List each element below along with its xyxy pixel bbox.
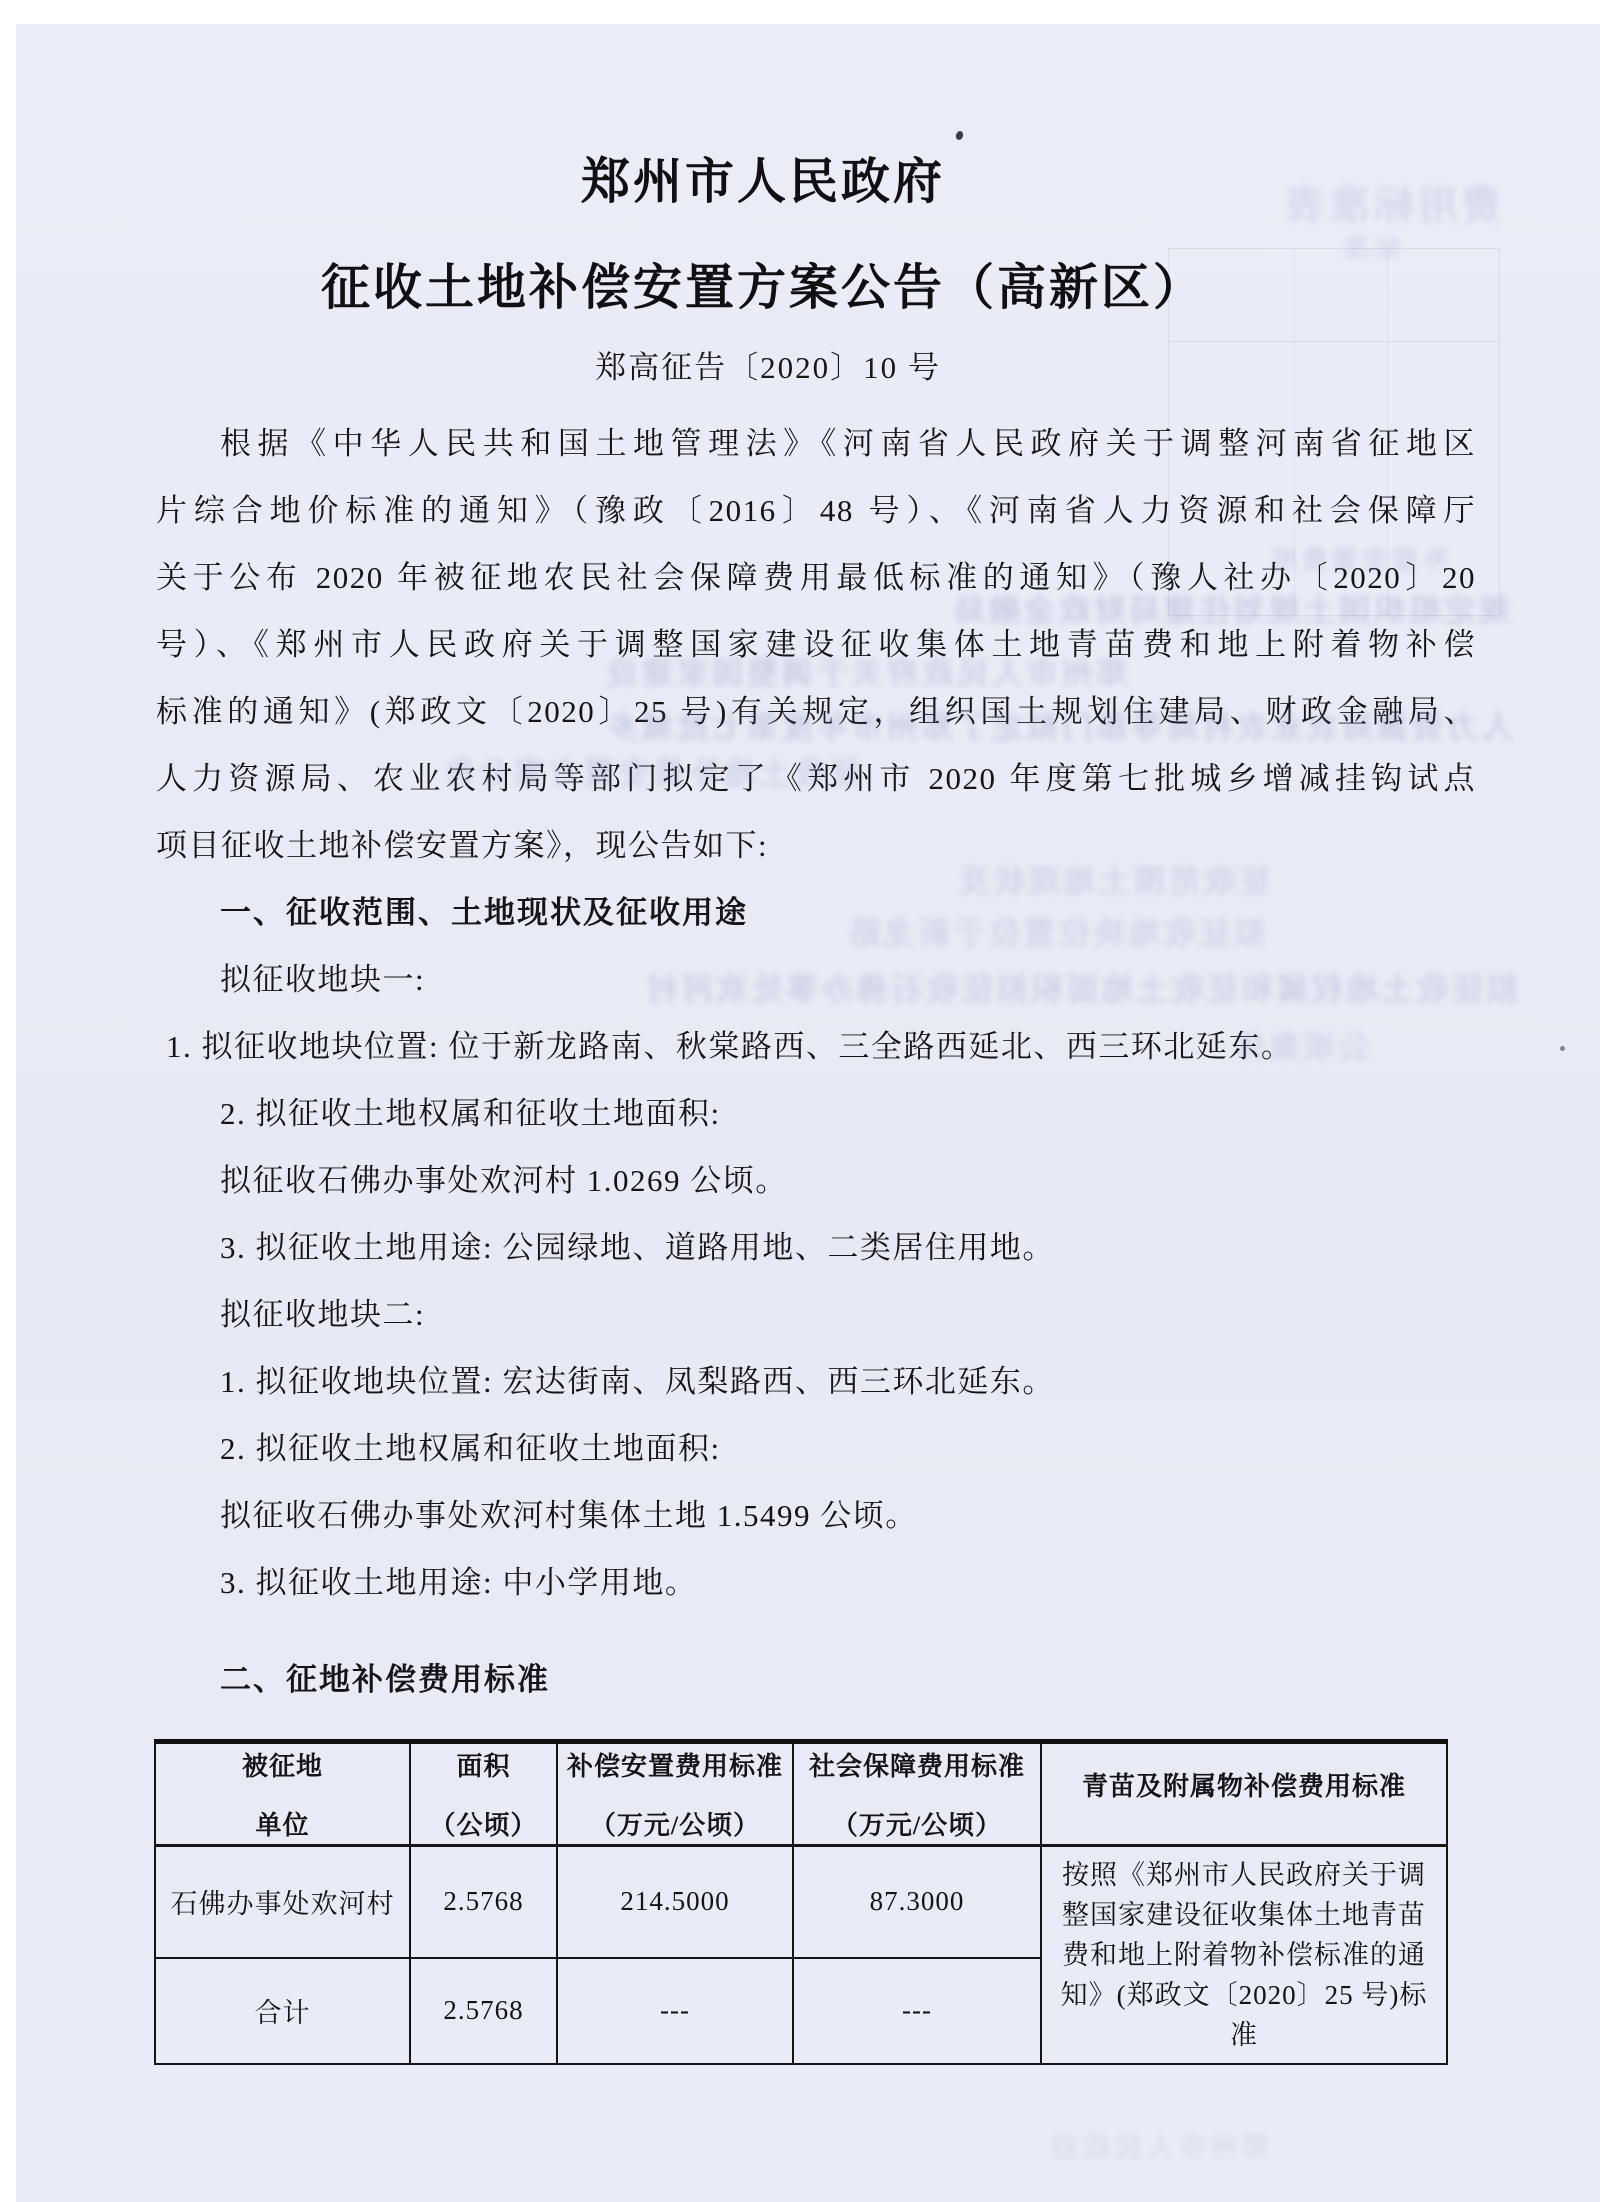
cell-unit: 石佛办事处欢河村 — [155, 1846, 410, 1958]
header-resettlement-standard: 补偿安置费用标准 （万元/公顷） — [557, 1742, 793, 1846]
bleedthrough-smudge: 补偿安置费用 — [1188, 540, 1448, 577]
bleedthrough-grid-line — [1169, 341, 1499, 342]
scan-speck — [1560, 1046, 1565, 1051]
body-line: 2. 拟征收土地权属和征收土地面积: — [156, 1415, 1476, 1482]
header-text: 社会保障费用标准 — [794, 1746, 1040, 1783]
scanned-document-page: 费用标准表 标准 补偿安置费用 规定组织国土规划住建局财政金融局 郑州市人民政府… — [0, 0, 1600, 2202]
bleedthrough-smudge: 公顷集体 — [1140, 1022, 1370, 1067]
header-crop-attachment-standard: 青苗及附属物补偿费用标准 — [1041, 1742, 1447, 1846]
header-area: 面积 （公顷） — [410, 1742, 557, 1846]
body-line: 3. 拟征收土地用途: 公园绿地、道路用地、二类居住用地。 — [156, 1214, 1476, 1281]
cell-area-total: 2.5768 — [410, 1958, 557, 2064]
bleedthrough-smudge: 规定组织国土规划住建局财政金融局 — [850, 585, 1510, 630]
document-number: 郑高征告〔2020〕10 号 — [0, 346, 1560, 390]
header-text: 补偿安置费用标准 — [558, 1746, 792, 1783]
table-row: 石佛办事处欢河村 2.5768 214.5000 87.3000 按照《郑州市人… — [155, 1846, 1447, 1958]
header-text: 青苗及附属物补偿费用标准 — [1042, 1766, 1446, 1803]
compensation-table: 被征地 单位 面积 （公顷） 补偿安置费用标准 （万元/公顷） 社会保障费用标准… — [154, 1739, 1448, 2065]
cell-social-total: --- — [793, 1958, 1041, 2064]
header-text: 被征地 — [156, 1746, 409, 1783]
section-heading-2: 二、征地补偿费用标准 — [156, 1646, 1476, 1713]
paper-background: 费用标准表 标准 补偿安置费用 规定组织国土规划住建局财政金融局 郑州市人民政府… — [16, 24, 1600, 2202]
body-line: 拟征收石佛办事处欢河村 1.0269 公顷。 — [156, 1147, 1476, 1214]
bleedthrough-smudge: 征收土地补偿安置方案公告 — [430, 748, 860, 793]
body-line: 拟征收石佛办事处欢河村集体土地 1.5499 公顷。 — [156, 1482, 1476, 1549]
header-social-security-standard: 社会保障费用标准 （万元/公顷） — [793, 1742, 1041, 1846]
body-line: 3. 拟征收土地用途: 中小学用地。 — [156, 1549, 1476, 1616]
cell-unit-total: 合计 — [155, 1958, 410, 2064]
body-line: 1. 拟征收地块位置: 宏达街南、凤梨路西、西三环北延东。 — [156, 1348, 1476, 1415]
header-unit: 被征地 单位 — [155, 1742, 410, 1846]
header-text: （万元/公顷） — [558, 1805, 792, 1842]
cell-social: 87.3000 — [793, 1846, 1041, 1958]
cell-crop-note: 按照《郑州市人民政府关于调整国家建设征收集体土地青苗费和地上附着物补偿标准的通知… — [1041, 1846, 1447, 2065]
body-line: 项目征收土地补偿安置方案》，现公告如下: — [156, 812, 1476, 879]
bleedthrough-smudge: 拟征收土地权属和征收土地面积拟征收石佛办事处欢河村 — [428, 964, 1518, 1009]
bleedthrough-smudge: 郑州市人民政府 — [940, 2126, 1270, 2166]
bleedthrough-smudge: 拟征收地块位置位于新龙路 — [785, 908, 1265, 953]
bleedthrough-smudge: 人力资源局农业农村局等部门拟定了郑州市年度第七批城乡 — [428, 702, 1513, 747]
cell-resettlement: 214.5000 — [557, 1846, 793, 1958]
header-text: （万元/公顷） — [794, 1805, 1040, 1842]
body-line: 2. 拟征收土地权属和征收土地面积: — [156, 1080, 1476, 1147]
header-text: 单位 — [156, 1805, 409, 1842]
bleedthrough-smudge: 征收范围土地现状及 — [930, 856, 1270, 901]
header-text: （公顷） — [411, 1805, 556, 1842]
cell-resettlement-total: --- — [557, 1958, 793, 2064]
document-title-line2: 征收土地补偿安置方案公告（高新区） — [0, 256, 1555, 320]
document-title-line1: 郑州市人民政府 — [0, 24, 1555, 214]
cell-area: 2.5768 — [410, 1846, 557, 1958]
bleedthrough-smudge: 郑州市人民政府关于调整国家建设 — [478, 648, 1128, 693]
table-header-row: 被征地 单位 面积 （公顷） 补偿安置费用标准 （万元/公顷） 社会保障费用标准… — [155, 1742, 1447, 1846]
body-line: 拟征收地块二: — [156, 1281, 1476, 1348]
header-text: 面积 — [411, 1746, 556, 1783]
